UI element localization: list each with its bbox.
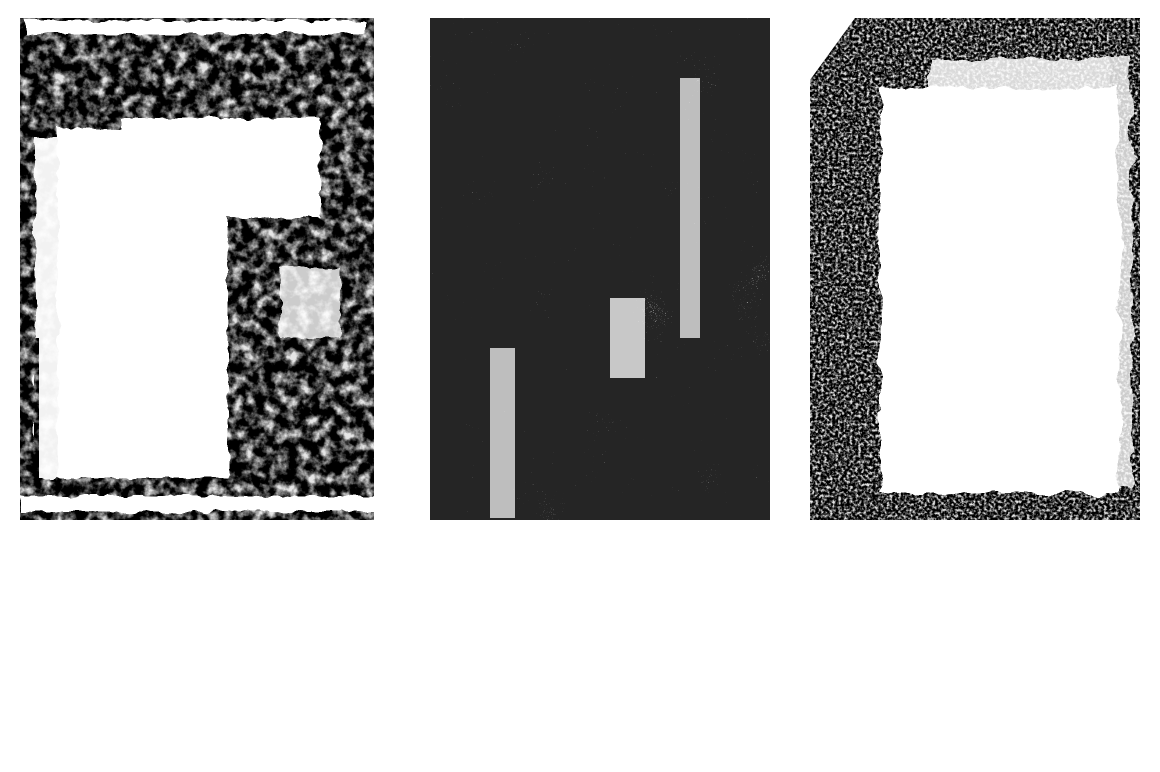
grunge-texture-panel-3	[810, 18, 1140, 520]
grunge-texture-panel-1	[20, 18, 374, 520]
grunge-texture-panel-2	[430, 18, 770, 520]
